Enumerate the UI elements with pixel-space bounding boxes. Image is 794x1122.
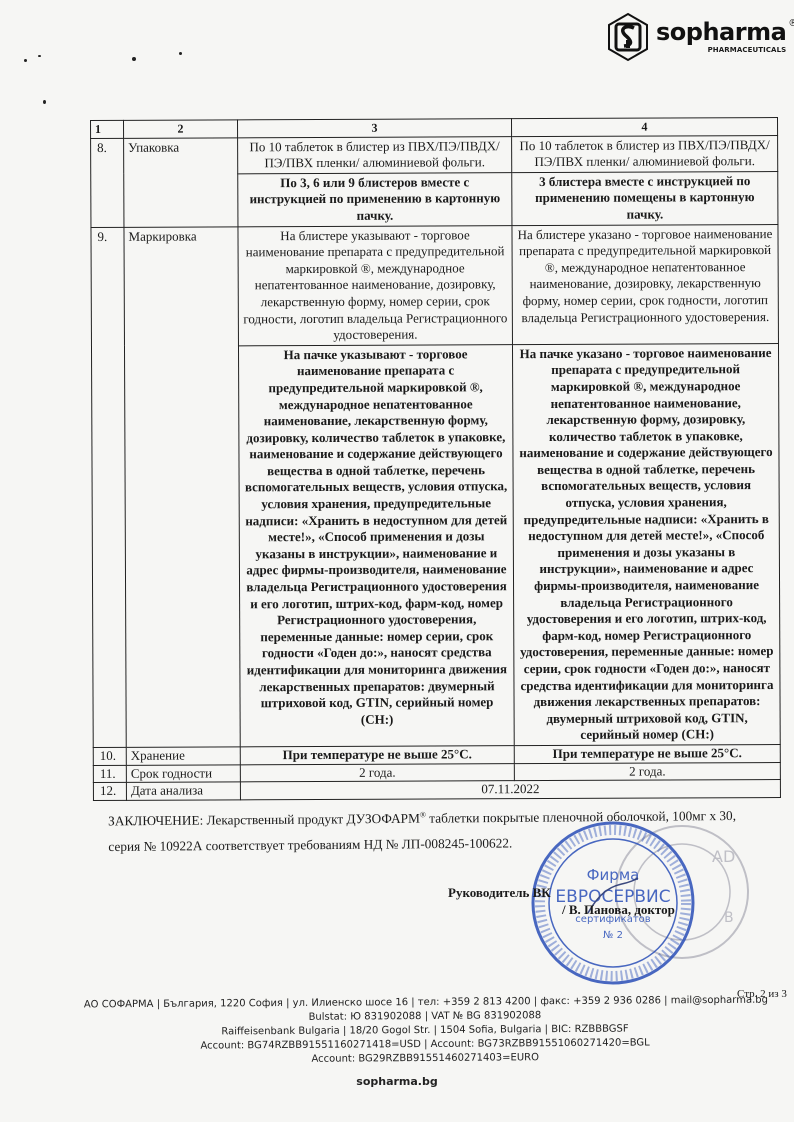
scan-speck (38, 55, 41, 57)
scan-speck (43, 100, 46, 104)
table-row: 12. Дата анализа 07.11.2022 (93, 780, 780, 801)
spec-requirement: По 3, 6 или 9 блистеров вместе с инструк… (238, 172, 512, 226)
spec-requirement: 2 года. (240, 763, 514, 782)
row-parameter: Маркировка (124, 226, 240, 747)
website-link[interactable]: sopharma.bg (0, 1075, 794, 1088)
spec-requirement: При температуре не выше 25°C. (240, 746, 514, 765)
header-col-3: 3 (238, 119, 512, 138)
row-parameter: Срок годности (126, 764, 240, 782)
scan-speck (179, 52, 182, 55)
table-row: 8. Упаковка По 10 таблеток в блистер из … (91, 135, 778, 174)
logo-subtitle: PHARMACEUTICALS (656, 46, 786, 54)
sopharma-logo-icon (606, 12, 650, 62)
spec-requirement: По 10 таблеток в блистер из ПВХ/ПЭ/ПВДХ/… (238, 136, 512, 173)
spec-result: На блистере указано - торговое наименова… (512, 224, 779, 344)
header-col-2: 2 (124, 120, 238, 138)
row-number: 12. (93, 783, 126, 801)
spec-result: 3 блистера вместе с инструкцией по приме… (512, 171, 778, 225)
row-parameter: Хранение (126, 747, 240, 765)
spec-result: По 10 таблеток в блистер из ПВХ/ПЭ/ПВДХ/… (512, 135, 778, 172)
company-footer: АО СОФАРМА | България, 1220 София | ул. … (70, 994, 780, 1069)
header-col-4: 4 (511, 118, 777, 137)
table-row: 10. Хранение При температуре не выше 25°… (93, 744, 780, 765)
signatory-name: / В. Панова, доктор (562, 902, 675, 918)
svg-text:№ 2: № 2 (603, 930, 623, 941)
scan-speck (132, 57, 136, 61)
row-number: 9. (91, 227, 126, 748)
spec-result: При температуре не выше 25°C. (514, 744, 780, 763)
svg-text:B: B (724, 910, 734, 926)
table-row: 9. Маркировка На блистере указывают - то… (91, 224, 779, 346)
row-parameter: Упаковка (124, 137, 238, 226)
analysis-date: 07.11.2022 (240, 780, 780, 800)
header-col-1: 1 (91, 120, 124, 138)
spec-result: 2 года. (514, 762, 780, 781)
logo-name: sopharma (656, 20, 786, 44)
company-logo: sopharma ® PHARMACEUTICALS (606, 12, 786, 62)
row-number: 8. (91, 138, 124, 227)
spec-result: На пачке указано - торговое наименование… (512, 343, 780, 745)
spec-requirement: На блистере указывают - торговое наимено… (238, 225, 513, 345)
row-number: 10. (93, 747, 126, 765)
row-number: 11. (93, 765, 126, 783)
signature-label: Руководитель ВК (448, 885, 551, 901)
scan-speck (24, 59, 27, 62)
specification-table: 1 2 3 4 8. Упаковка По 10 таблеток в бли… (90, 117, 781, 801)
svg-text:AD: AD (712, 847, 735, 866)
row-parameter: Дата анализа (126, 782, 240, 800)
logo-registered-mark: ® (788, 18, 794, 29)
spec-requirement: На пачке указывают - торговое наименован… (238, 344, 514, 746)
